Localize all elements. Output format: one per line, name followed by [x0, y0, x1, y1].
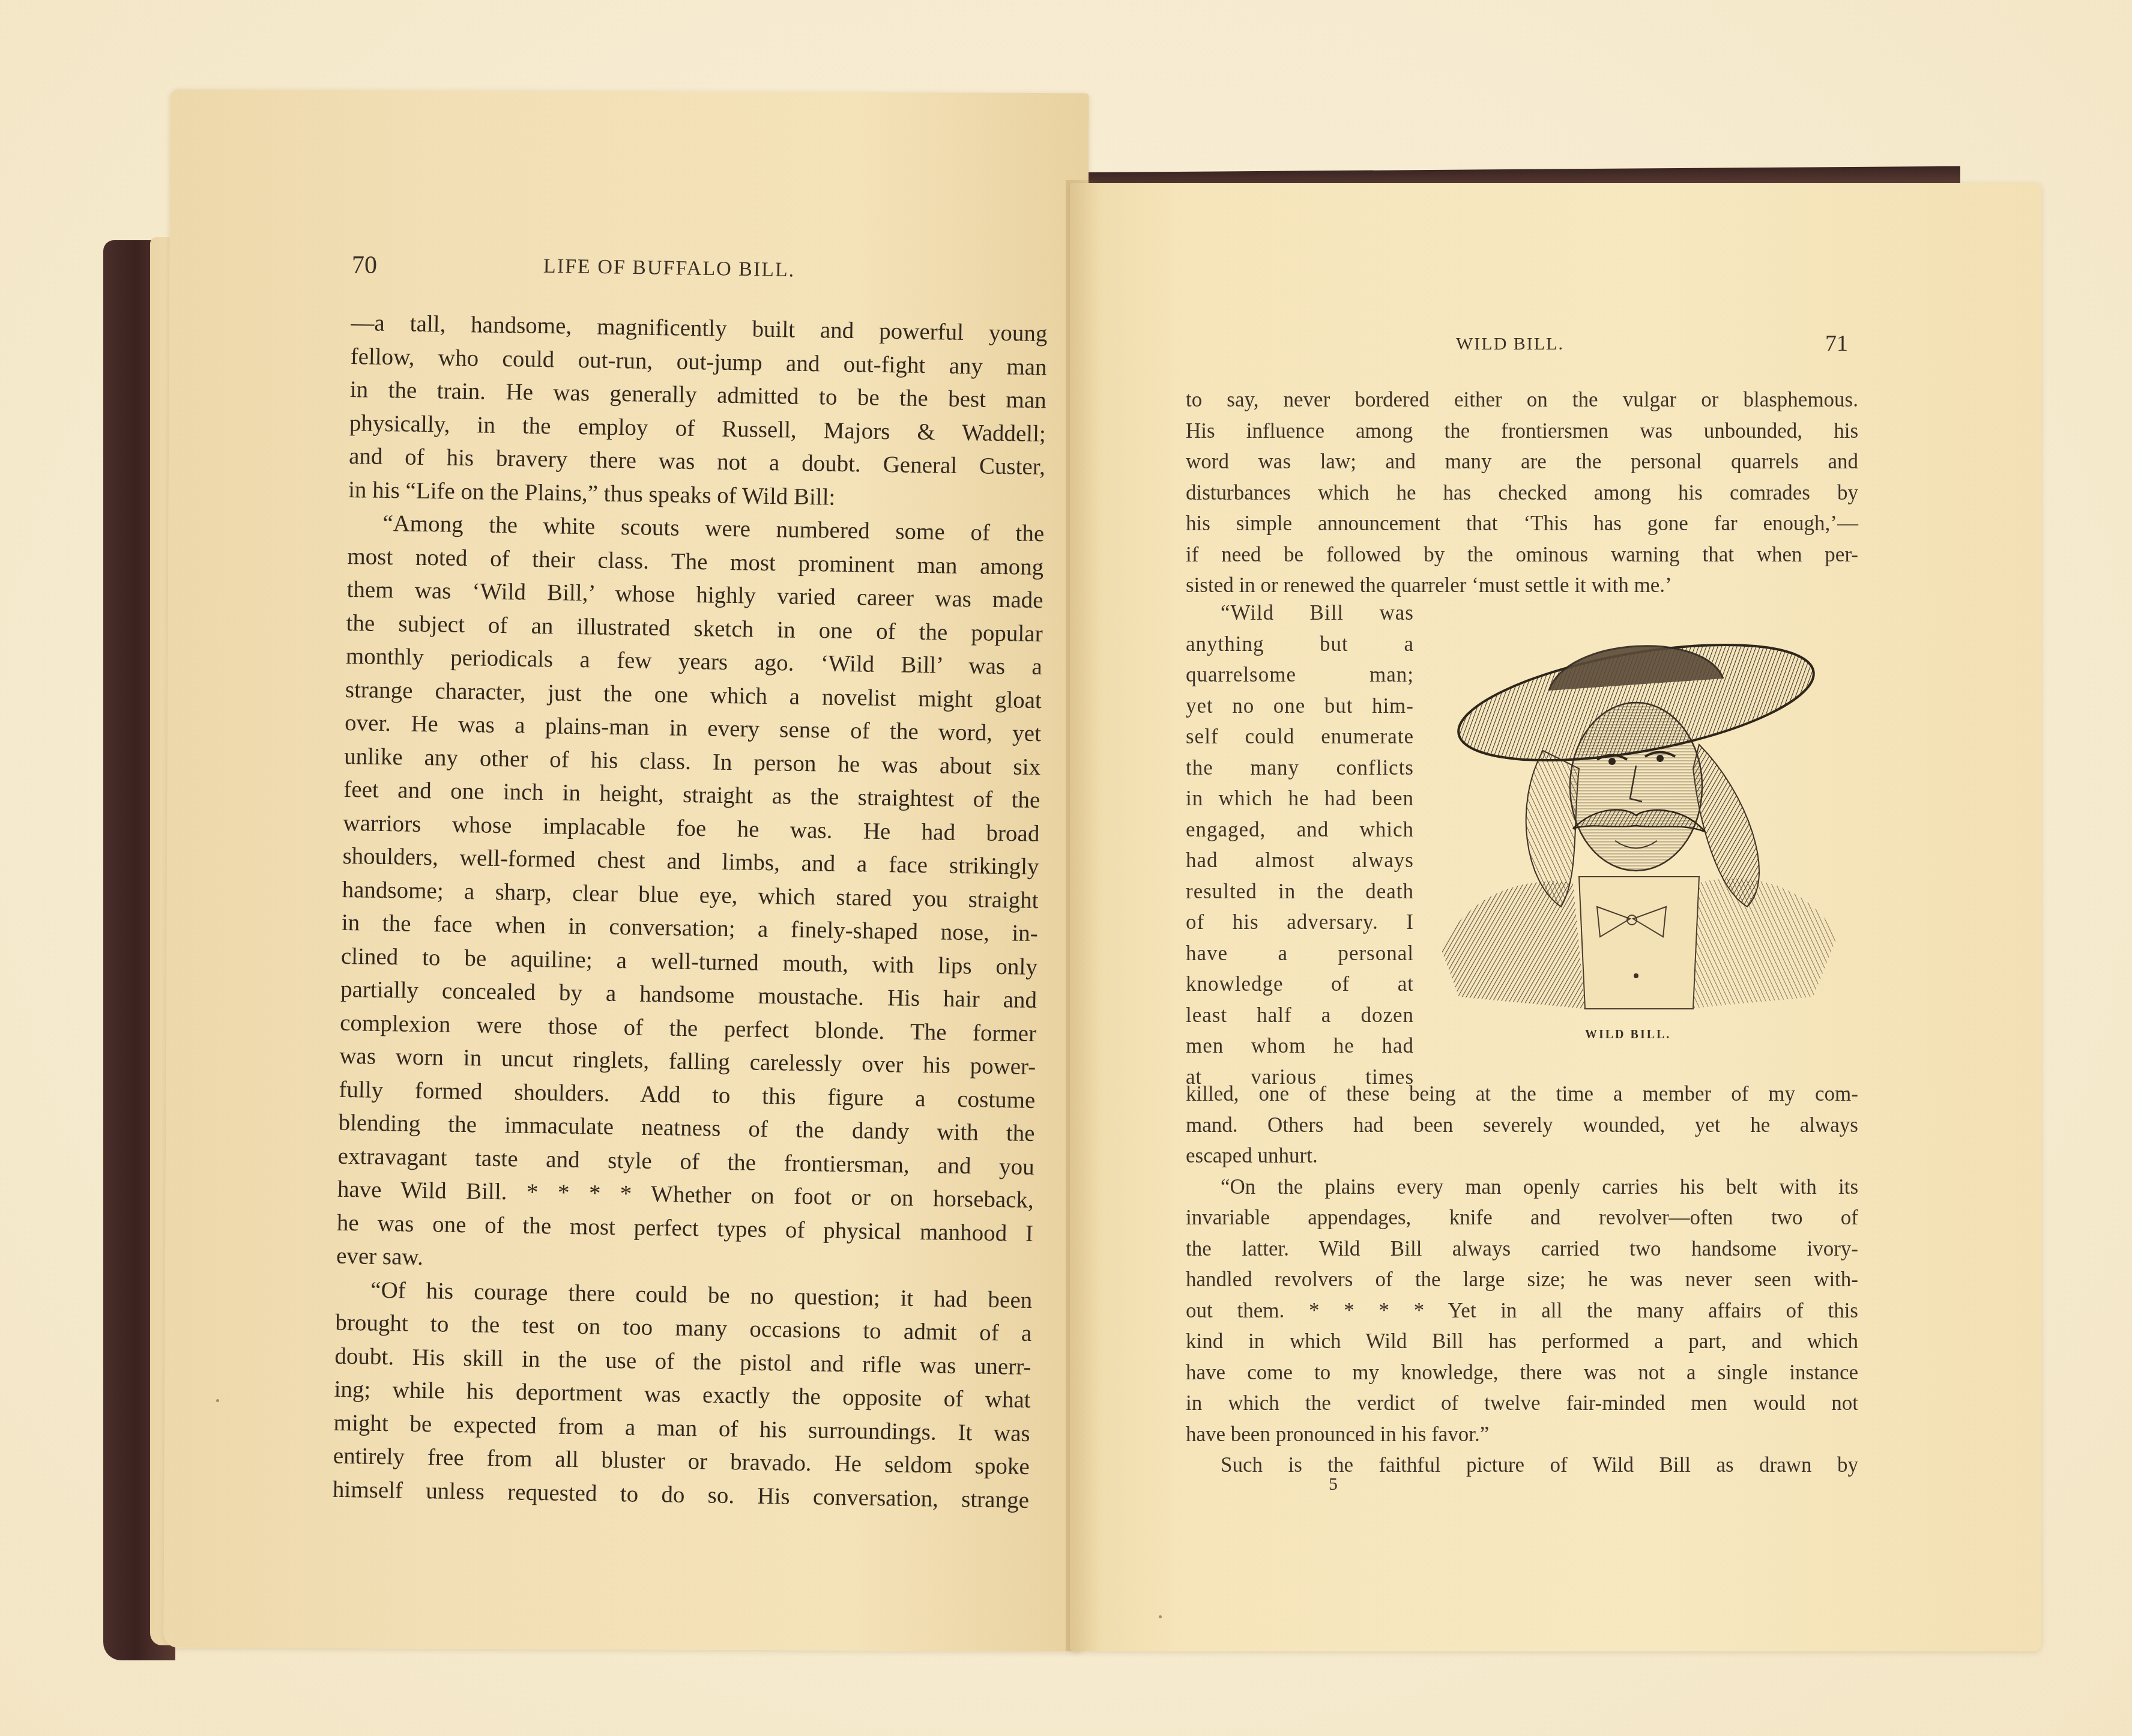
right-page-bottom-text: killed, one of these being at the time a…	[1186, 1078, 1858, 1481]
text-line: in which the verdict of twelve fair-mind…	[1186, 1388, 1858, 1419]
text-line: resulted in the death	[1186, 876, 1414, 907]
right-running-head: WILD BILL.	[1456, 334, 1564, 354]
right-page-top-text: to say, never bordered either on the vul…	[1186, 384, 1858, 601]
text-line: engaged, and which	[1186, 814, 1414, 845]
text-line: disturbances which he has checked among …	[1186, 477, 1858, 509]
text-line: his simple announcement that ‘This has g…	[1186, 508, 1858, 539]
text-line: have been pronounced in his favor.”	[1186, 1419, 1858, 1450]
text-line: in which he had been	[1186, 783, 1414, 814]
text-line: mand. Others had been severely wounded, …	[1186, 1110, 1858, 1141]
text-line: kind in which Wild Bill has performed a …	[1186, 1326, 1858, 1357]
portrait-icon	[1423, 625, 1855, 1039]
open-book: 70 LIFE OF BUFFALO BILL. —a tall, handso…	[0, 0, 2132, 1736]
text-line: to say, never bordered either on the vul…	[1186, 384, 1858, 416]
text-line: escaped unhurt.	[1186, 1140, 1858, 1172]
left-running-head: LIFE OF BUFFALO BILL.	[543, 255, 796, 282]
text-line: least half a dozen	[1186, 1000, 1414, 1031]
left-page-number: 70	[352, 251, 377, 280]
text-line: “Wild Bill was	[1186, 597, 1414, 629]
text-line: if need be followed by the ominous warni…	[1186, 539, 1858, 570]
right-page-wrap-text: “Wild Bill wasanything but aquarrelsome …	[1186, 597, 1414, 1092]
text-line: sisted in or renewed the quarreler ‘must…	[1186, 570, 1858, 601]
text-line: had almost always	[1186, 845, 1414, 876]
text-line: knowledge of at	[1186, 969, 1414, 1000]
text-line: killed, one of these being at the time a…	[1186, 1078, 1858, 1110]
text-line: the many conflicts	[1186, 752, 1414, 784]
figure-caption: WILD BILL.	[1585, 1028, 1671, 1042]
text-line: word was law; and many are the personal …	[1186, 446, 1858, 477]
right-page-number: 71	[1825, 330, 1848, 357]
text-line: men whom he had	[1186, 1030, 1414, 1062]
text-line: quarrelsome man;	[1186, 659, 1414, 691]
text-line: handled revolvers of the large size; he …	[1186, 1264, 1858, 1295]
text-line: out them. * * * * Yet in all the many af…	[1186, 1295, 1858, 1326]
text-line: invariable appendages, knife and revolve…	[1186, 1202, 1858, 1233]
text-line: of his adversary. I	[1186, 907, 1414, 938]
text-line: have come to my knowledge, there was not…	[1186, 1357, 1858, 1388]
text-line: have a personal	[1186, 938, 1414, 969]
paper-speck	[1159, 1615, 1162, 1618]
engraved-portrait-illustration	[1423, 625, 1855, 1039]
paper-speck	[216, 1399, 219, 1402]
text-line: “On the plains every man openly carries …	[1186, 1172, 1858, 1203]
left-page-body: —a tall, handsome, magnificently built a…	[333, 306, 1048, 1517]
signature-mark: 5	[1329, 1474, 1338, 1495]
text-line: Such is the faithful picture of Wild Bil…	[1186, 1450, 1858, 1481]
text-line: self could enumerate	[1186, 721, 1414, 752]
text-line: His influence among the frontiersmen was…	[1186, 416, 1858, 447]
gutter-shadow	[1066, 180, 1102, 1651]
text-line: the latter. Wild Bill always carried two…	[1186, 1233, 1858, 1265]
text-line: anything but a	[1186, 629, 1414, 660]
text-line: yet no one but him-	[1186, 691, 1414, 722]
